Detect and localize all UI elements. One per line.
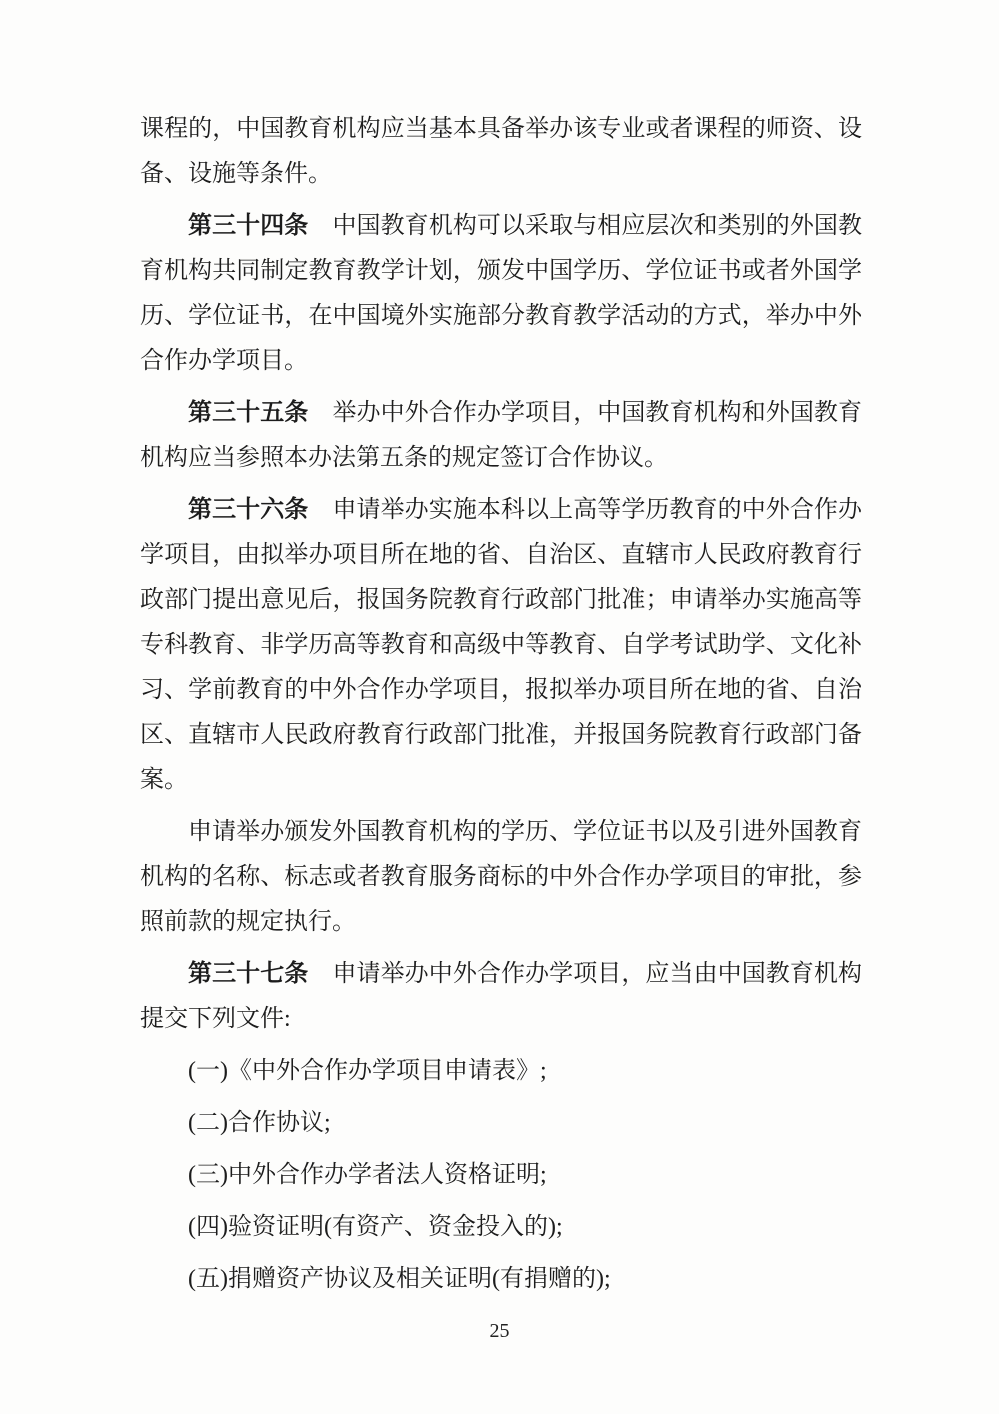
article-number: 第三十四条 bbox=[188, 213, 332, 239]
paragraph: (一)《中外合作办学项目申请表》; bbox=[140, 1049, 862, 1094]
paragraph-text: 申请举办实施本科以上高等学历教育的中外合作办学项目，由拟举办项目所在地的省、自治… bbox=[140, 497, 862, 793]
paragraph: (四)验资证明(有资产、资金投入的); bbox=[140, 1205, 862, 1250]
paragraph: 第三十六条 申请举办实施本科以上高等学历教育的中外合作办学项目，由拟举办项目所在… bbox=[140, 488, 862, 803]
article-number: 第三十六条 bbox=[188, 497, 332, 523]
document-body: 课程的，中国教育机构应当基本具备举办该专业或者课程的师资、设备、设施等条件。 第… bbox=[140, 107, 862, 1309]
paragraph: 第三十四条 中国教育机构可以采取与相应层次和类别的外国教育机构共同制定教育教学计… bbox=[140, 204, 862, 384]
paragraph: 第三十五条 举办中外合作办学项目，中国教育机构和外国教育机构应当参照本办法第五条… bbox=[140, 391, 862, 481]
paragraph-text: 申请举办颁发外国教育机构的学历、学位证书以及引进外国教育机构的名称、标志或者教育… bbox=[140, 819, 862, 935]
paragraph: (三)中外合作办学者法人资格证明; bbox=[140, 1153, 862, 1198]
paragraph-text: (一)《中外合作办学项目申请表》; bbox=[188, 1058, 547, 1084]
paragraph: (二)合作协议; bbox=[140, 1101, 862, 1146]
document-page: 课程的，中国教育机构应当基本具备举办该专业或者课程的师资、设备、设施等条件。 第… bbox=[0, 0, 999, 1414]
paragraph: 课程的，中国教育机构应当基本具备举办该专业或者课程的师资、设备、设施等条件。 bbox=[140, 107, 862, 197]
paragraph-text: (三)中外合作办学者法人资格证明; bbox=[188, 1162, 547, 1188]
paragraph: 申请举办颁发外国教育机构的学历、学位证书以及引进外国教育机构的名称、标志或者教育… bbox=[140, 810, 862, 945]
paragraph-text: (四)验资证明(有资产、资金投入的); bbox=[188, 1214, 563, 1240]
paragraph-text: (二)合作协议; bbox=[188, 1110, 331, 1136]
paragraph-text: (五)捐赠资产协议及相关证明(有捐赠的); bbox=[188, 1266, 611, 1292]
article-number: 第三十五条 bbox=[188, 400, 332, 426]
page-number: 25 bbox=[0, 1318, 999, 1344]
paragraph-text: 课程的，中国教育机构应当基本具备举办该专业或者课程的师资、设备、设施等条件。 bbox=[140, 116, 862, 187]
article-number: 第三十七条 bbox=[188, 961, 332, 987]
paragraph: 第三十七条 申请举办中外合作办学项目，应当由中国教育机构提交下列文件: bbox=[140, 952, 862, 1042]
paragraph: (五)捐赠资产协议及相关证明(有捐赠的); bbox=[140, 1257, 862, 1302]
